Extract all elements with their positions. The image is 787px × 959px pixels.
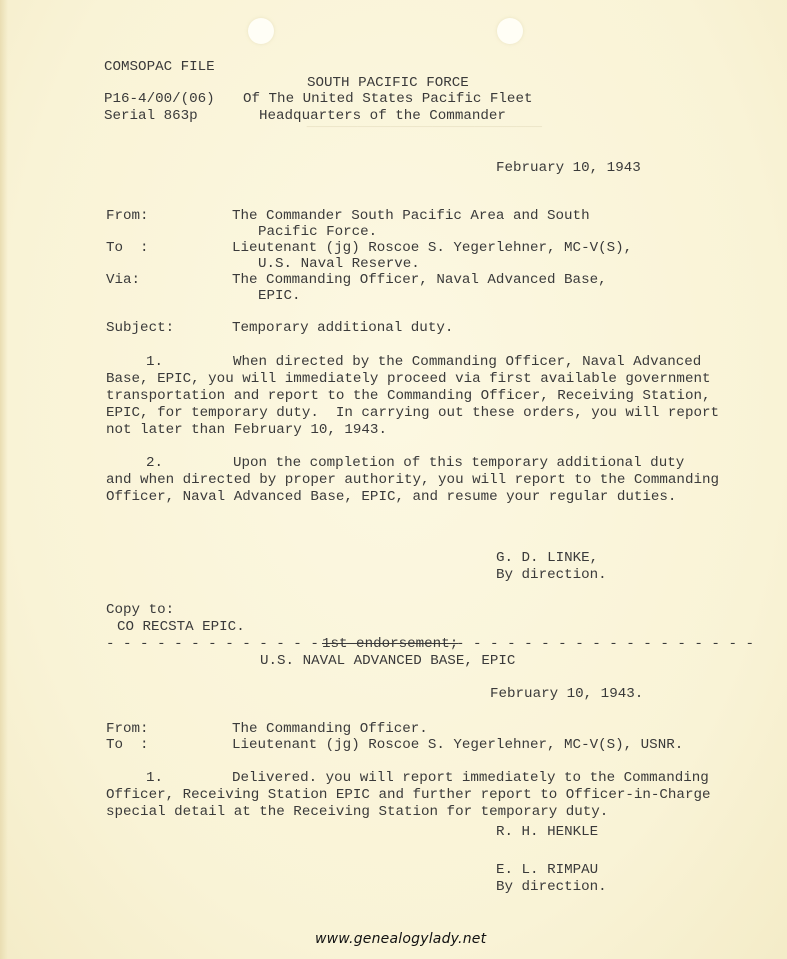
paragraph-2-line: Officer, Naval Advanced Base, EPIC, and … xyxy=(106,489,676,506)
endorsement-command: U.S. NAVAL ADVANCED BASE, EPIC xyxy=(260,653,515,670)
file-label: COMSOPAC FILE xyxy=(104,59,215,76)
endorsement-date: February 10, 1943. xyxy=(490,686,643,703)
paragraph-2-line: Upon the completion of this temporary ad… xyxy=(233,455,684,472)
endorsement-dashes-left: - - - - - - - - - - - - - - xyxy=(106,636,336,653)
paragraph-1-line: When directed by the Commanding Officer,… xyxy=(233,354,701,371)
paragraph-1-line: Base, EPIC, you will immediately proceed… xyxy=(106,371,711,388)
paragraph-1-number: 1. xyxy=(146,354,163,371)
paragraph-2-number: 2. xyxy=(146,455,163,472)
paragraph-2-line: and when directed by proper authority, y… xyxy=(106,472,719,489)
paragraph-1-line: EPIC, for temporary duty. In carrying ou… xyxy=(106,405,719,422)
endorsement-heading: 1st endorsement; xyxy=(322,636,458,653)
signature-title: By direction. xyxy=(496,567,607,584)
punch-hole-right xyxy=(497,18,523,44)
copy-to-recipient: CO RECSTA EPIC. xyxy=(117,619,245,636)
signature-rimpau-title: By direction. xyxy=(496,879,607,896)
to-line2: U.S. Naval Reserve. xyxy=(258,256,420,273)
from-line1: The Commander South Pacific Area and Sou… xyxy=(232,208,590,225)
subject-label: Subject: xyxy=(106,320,174,337)
via-line2: EPIC. xyxy=(258,288,301,305)
file-number: P16-4/00/(06) xyxy=(104,91,215,108)
letterhead-line1: SOUTH PACIFIC FORCE xyxy=(307,75,469,92)
signature-name: G. D. LINKE, xyxy=(496,550,598,567)
paper-edge-shadow xyxy=(0,0,8,959)
to-label: To : xyxy=(106,240,149,257)
signature-rimpau-name: E. L. RIMPAU xyxy=(496,862,598,879)
website-watermark: www.genealogylady.net xyxy=(315,931,486,947)
from-label: From: xyxy=(106,208,149,225)
via-line1: The Commanding Officer, Naval Advanced B… xyxy=(232,272,607,289)
endorsement-to-label: To : xyxy=(106,737,149,754)
endorsement-dashes-right: - - - - - - - - - - - - - - - - - - xyxy=(456,636,754,653)
endorsement-to-text: Lieutenant (jg) Roscoe S. Yegerlehner, M… xyxy=(232,737,683,754)
endorsement-paragraph-line: Delivered. you will report immediately t… xyxy=(232,770,709,787)
copy-to-label: Copy to: xyxy=(106,602,174,619)
from-line2: Pacific Force. xyxy=(258,224,377,241)
letter-date: February 10, 1943 xyxy=(496,160,641,177)
punch-hole-left xyxy=(248,18,274,44)
paragraph-1-line: transportation and report to the Command… xyxy=(106,388,711,405)
letterhead-line3: Headquarters of the Commander xyxy=(259,108,506,125)
endorsement-paragraph-line: special detail at the Receiving Station … xyxy=(106,804,608,821)
endorsement-paragraph-line: Officer, Receiving Station EPIC and furt… xyxy=(106,787,711,804)
endorsement-from-text: The Commanding Officer. xyxy=(232,721,428,738)
to-line1: Lieutenant (jg) Roscoe S. Yegerlehner, M… xyxy=(232,240,632,257)
endorsement-from-label: From: xyxy=(106,721,149,738)
letterhead-line2: Of The United States Pacific Fleet xyxy=(243,91,532,108)
signature-henkle: R. H. HENKLE xyxy=(496,824,598,841)
via-label: Via: xyxy=(106,272,140,289)
endorsement-paragraph-number: 1. xyxy=(146,770,163,787)
paragraph-1-line: not later than February 10, 1943. xyxy=(106,422,387,439)
serial-number: Serial 863p xyxy=(104,108,198,125)
subject-text: Temporary additional duty. xyxy=(232,320,453,337)
